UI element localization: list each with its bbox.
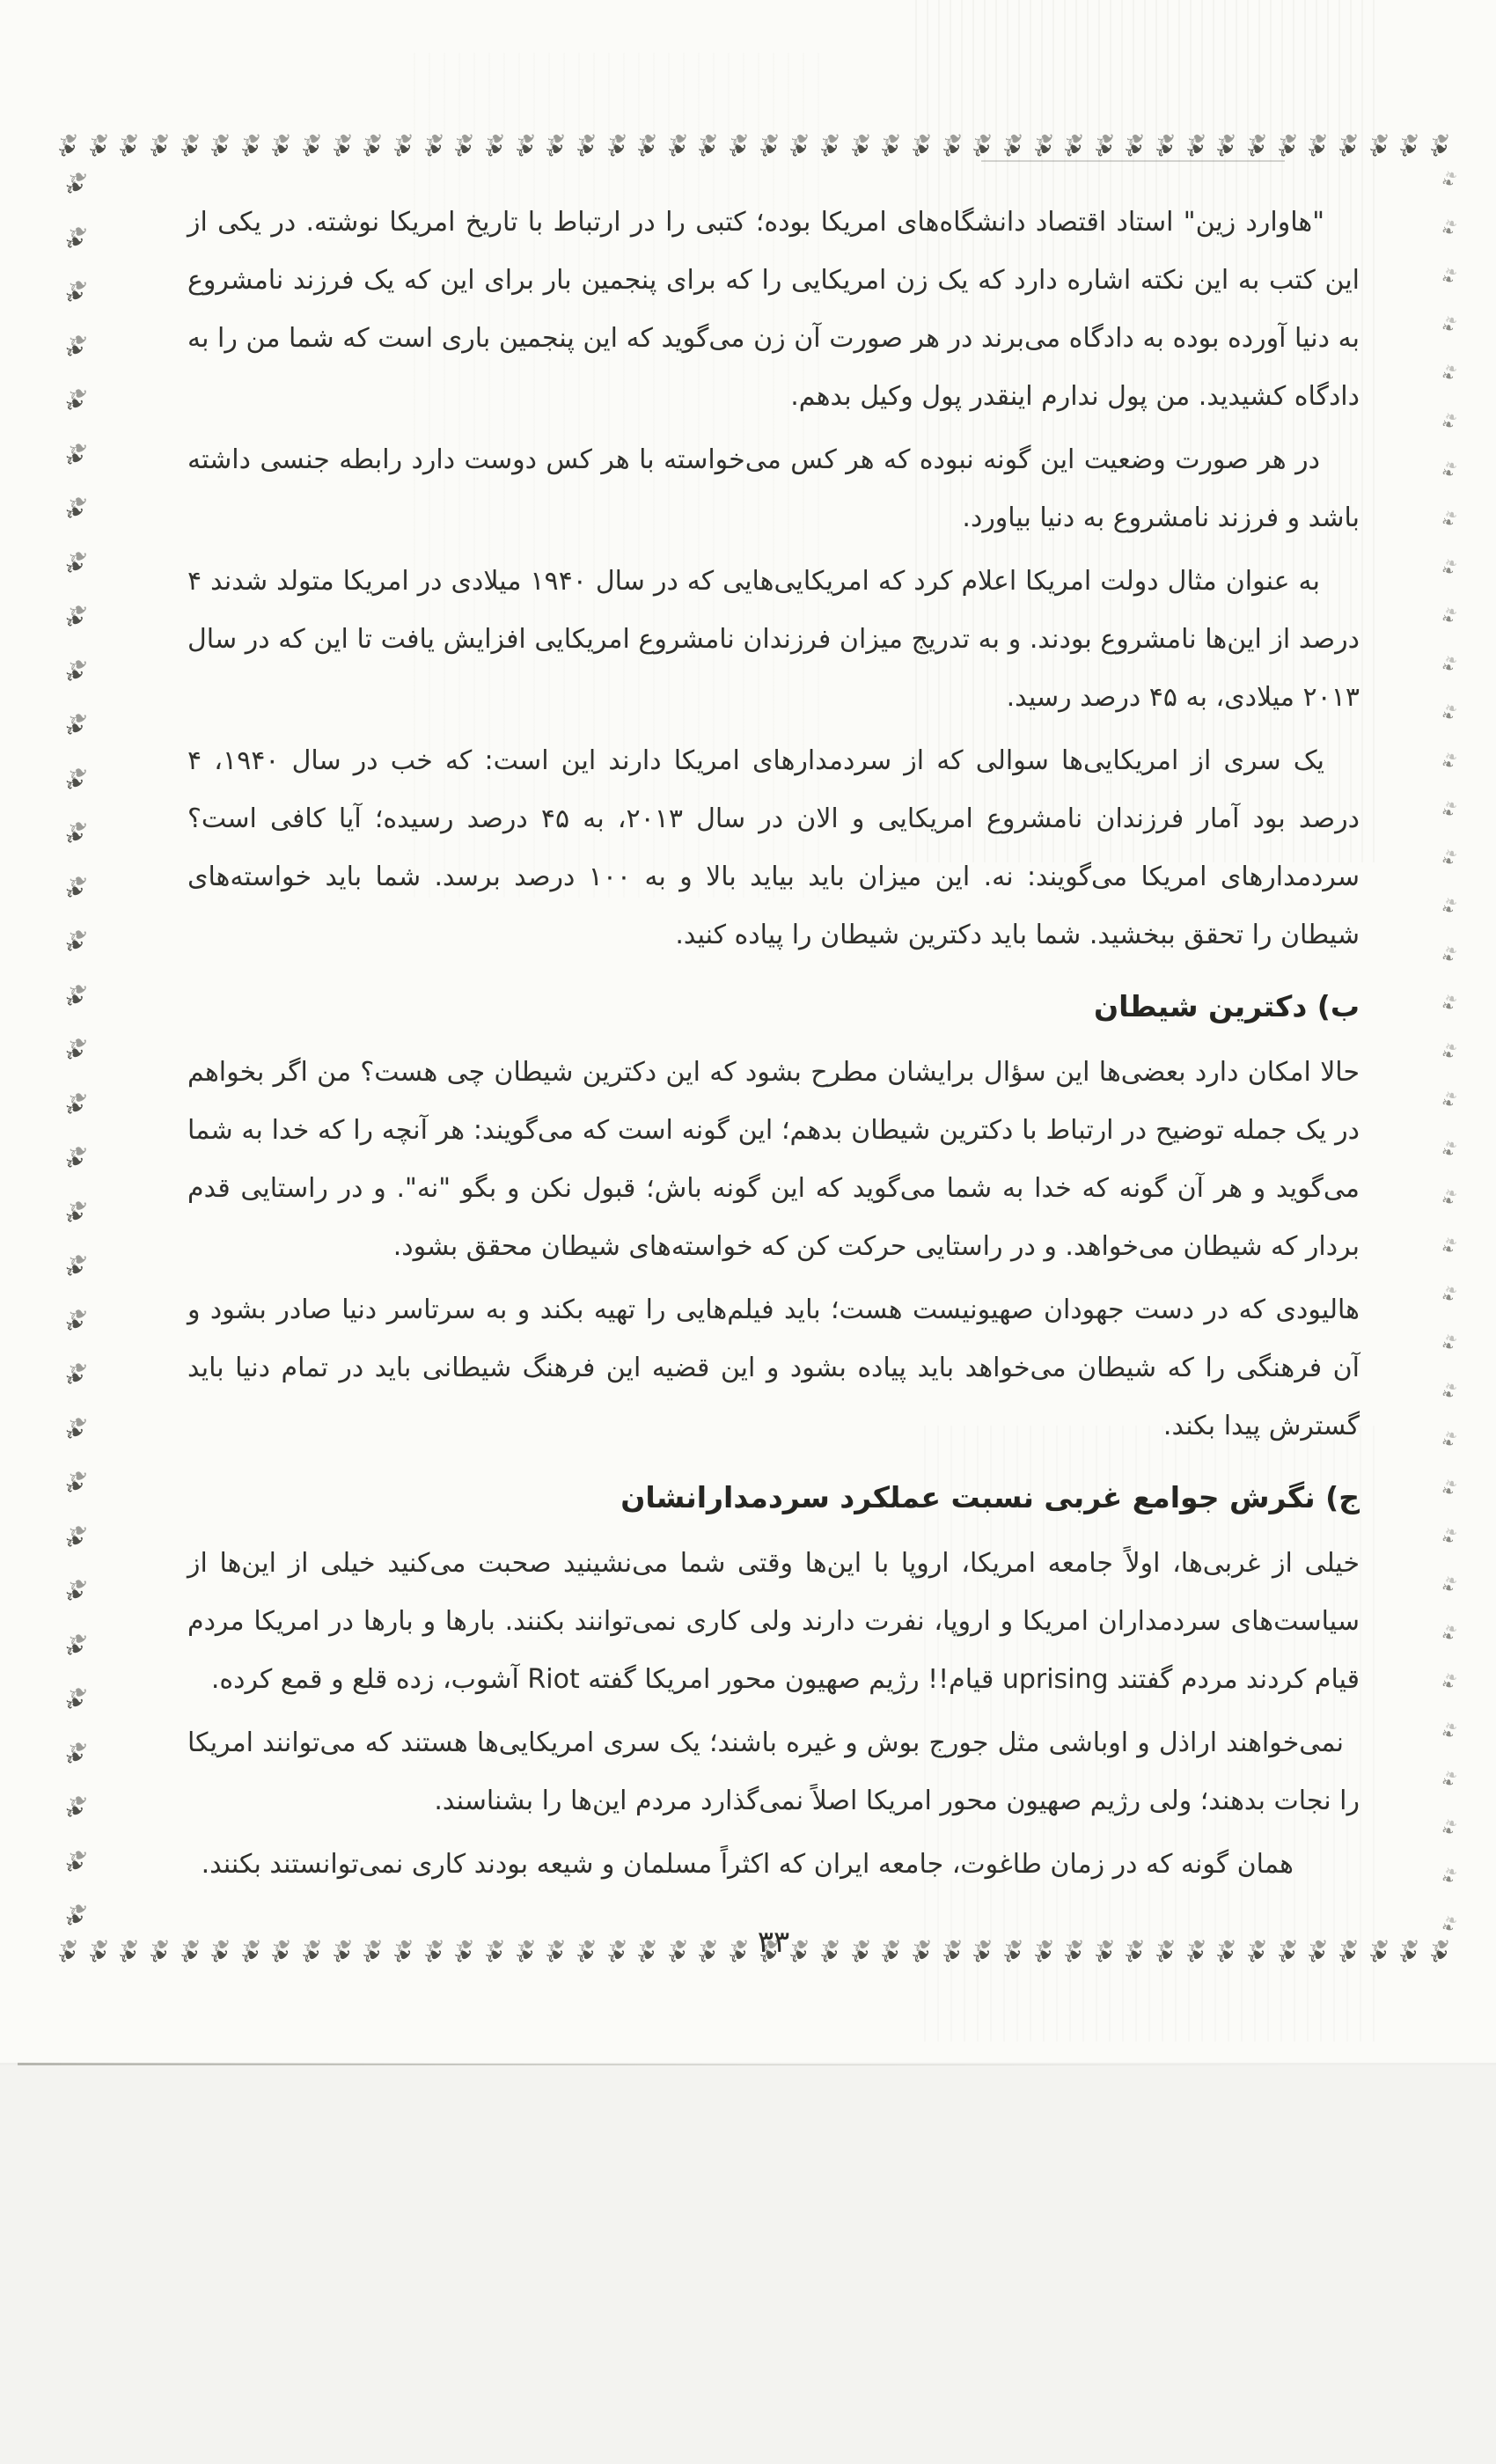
paragraph: در هر صورت وضعیت این گونه نبوده که هر کس…: [187, 431, 1360, 547]
leaf-ornament-icon: ❧: [61, 715, 88, 744]
leaf-ornament-icon: ❧: [61, 1905, 88, 1935]
leaf-ornament-icon: ❧: [61, 444, 88, 473]
leaf-ornament-icon: ❧: [1181, 134, 1211, 165]
leaf-ornament-icon: ❧: [1212, 134, 1242, 165]
leaf-ornament-icon: ❧: [450, 134, 480, 165]
leaf-ornament-icon: ❧: [61, 1851, 88, 1881]
leaf-ornament-icon: ❧: [388, 134, 418, 165]
paragraph: همان گونه که در زمان طاغوت، جامعه ایران …: [187, 1836, 1360, 1894]
leaf-ornament-icon: ❧: [906, 134, 936, 165]
leaf-ornament-icon: ❧: [1440, 757, 1455, 774]
leaf-ornament-icon: ❧: [1440, 272, 1455, 290]
leaf-ornament-icon: ❧: [1440, 369, 1455, 386]
leaf-ornament-icon: ❧: [61, 390, 88, 420]
leaf-ornament-icon: ❧: [1150, 134, 1180, 165]
ornament-border-right: ❧❧❧❧❧❧❧❧❧❧❧❧❧❧❧❧❧❧❧❧❧❧❧❧❧❧❧❧❧❧❧❧❧❧❧❧❧: [1433, 176, 1463, 1936]
leaf-ornament-icon: ❧: [1440, 1192, 1455, 1210]
leaf-ornament-icon: ❧: [1303, 134, 1333, 165]
paragraph: "هاوارد زین" استاد اقتصاد دانشگاه‌های ام…: [187, 194, 1360, 426]
leaf-ornament-icon: ❧: [1440, 950, 1455, 968]
leaf-ornament-icon: ❧: [1440, 1096, 1455, 1113]
leaf-ornament-icon: ❧: [998, 134, 1028, 165]
leaf-ornament-icon: ❧: [1440, 1435, 1455, 1453]
leaf-ornament-icon: ❧: [1440, 1580, 1455, 1598]
leaf-ornament-icon: ❧: [61, 1526, 88, 1556]
leaf-ornament-icon: ❧: [114, 1940, 144, 1970]
leaf-ornament-icon: ❧: [876, 134, 906, 165]
leaf-ornament-icon: ❧: [1060, 134, 1089, 165]
leaf-ornament-icon: ❧: [754, 134, 784, 165]
leaf-ornament-icon: ❧: [175, 134, 205, 165]
leaf-ornament-icon: ❧: [61, 876, 88, 906]
leaf-ornament-icon: ❧: [1395, 1940, 1425, 1970]
leaf-ornament-icon: ❧: [267, 134, 297, 165]
leaf-ornament-icon: ❧: [206, 134, 236, 165]
leaf-ornament-icon: ❧: [1242, 134, 1272, 165]
leaf-ornament-icon: ❧: [61, 227, 88, 257]
leaf-ornament-icon: ❧: [1440, 708, 1455, 726]
leaf-ornament-icon: ❧: [61, 931, 88, 961]
leaf-ornament-icon: ❧: [1120, 134, 1150, 165]
leaf-ornament-icon: ❧: [84, 1940, 114, 1970]
leaf-ornament-icon: ❧: [1440, 1871, 1455, 1888]
leaf-ornament-icon: ❧: [1440, 1290, 1455, 1308]
leaf-ornament-icon: ❧: [1440, 417, 1455, 435]
paragraph: یک سری از امریکایی‌ها سوالی که از سردمدا…: [187, 732, 1360, 964]
leaf-ornament-icon: ❧: [61, 1634, 88, 1664]
leaf-ornament-icon: ❧: [1364, 134, 1394, 165]
paragraph: هالیودی که در دست جهودان صهیونیست هست؛ ب…: [187, 1281, 1360, 1456]
leaf-ornament-icon: ❧: [61, 1256, 88, 1286]
leaf-ornament-icon: ❧: [61, 173, 88, 203]
leaf-ornament-icon: ❧: [236, 134, 266, 165]
leaf-ornament-icon: ❧: [1440, 1387, 1455, 1404]
leaf-ornament-icon: ❧: [1440, 1338, 1455, 1356]
leaf-ornament-icon: ❧: [53, 1940, 83, 1970]
leaf-ornament-icon: ❧: [1440, 805, 1455, 823]
leaf-ornament-icon: ❧: [61, 1472, 88, 1502]
ornament-border-top: ❧❧❧❧❧❧❧❧❧❧❧❧❧❧❧❧❧❧❧❧❧❧❧❧❧❧❧❧❧❧❧❧❧❧❧❧❧❧❧❧…: [58, 130, 1450, 169]
leaf-ornament-icon: ❧: [1364, 1940, 1394, 1970]
ornament-border-left: ❧❧❧❧❧❧❧❧❧❧❧❧❧❧❧❧❧❧❧❧❧❧❧❧❧❧❧❧❧❧❧❧❧: [55, 176, 95, 1932]
leaf-ornament-icon: ❧: [723, 134, 753, 165]
paragraph: نمی‌خواهند اراذل و اوباشی مثل جورج بوش و…: [187, 1714, 1360, 1830]
paragraph: حالا امکان دارد بعضی‌ها این سؤال برایشان…: [187, 1044, 1360, 1276]
leaf-ornament-icon: ❧: [1272, 134, 1302, 165]
leaf-ornament-icon: ❧: [663, 134, 693, 165]
leaf-ornament-icon: ❧: [1440, 1484, 1455, 1501]
leaf-ornament-icon: ❧: [61, 498, 88, 528]
leaf-ornament-icon: ❧: [327, 134, 357, 165]
leaf-ornament-icon: ❧: [1395, 134, 1425, 165]
leaf-ornament-icon: ❧: [61, 1039, 88, 1069]
leaf-ornament-icon: ❧: [541, 134, 571, 165]
leaf-ornament-icon: ❧: [61, 552, 88, 582]
leaf-ornament-icon: ❧: [1440, 1822, 1455, 1840]
leaf-ornament-icon: ❧: [84, 134, 114, 165]
leaf-ornament-icon: ❧: [61, 1418, 88, 1448]
leaf-ornament-icon: ❧: [1440, 514, 1455, 532]
leaf-ornament-icon: ❧: [1440, 1920, 1455, 1938]
leaf-ornament-icon: ❧: [1440, 854, 1455, 871]
leaf-ornament-icon: ❧: [480, 134, 510, 165]
leaf-ornament-icon: ❧: [1425, 134, 1455, 165]
leaf-ornament-icon: ❧: [297, 134, 327, 165]
leaf-ornament-icon: ❧: [61, 823, 88, 853]
leaf-ornament-icon: ❧: [968, 134, 998, 165]
leaf-ornament-icon: ❧: [1440, 320, 1455, 338]
leaf-ornament-icon: ❧: [1440, 466, 1455, 483]
leaf-ornament-icon: ❧: [1089, 134, 1119, 165]
leaf-ornament-icon: ❧: [1440, 1629, 1455, 1646]
leaf-ornament-icon: ❧: [61, 660, 88, 690]
paragraph: به عنوان مثال دولت امریکا اعلام کرد که ا…: [187, 553, 1360, 727]
leaf-ornament-icon: ❧: [1440, 659, 1455, 677]
leaf-ornament-icon: ❧: [61, 606, 88, 636]
leaf-ornament-icon: ❧: [61, 1201, 88, 1231]
leaf-ornament-icon: ❧: [1440, 902, 1455, 920]
leaf-ornament-icon: ❧: [61, 1797, 88, 1827]
paragraph: خیلی از غربی‌ها، اولاً جامعه امریکا، ارو…: [187, 1535, 1360, 1709]
leaf-ornament-icon: ❧: [1440, 1241, 1455, 1258]
leaf-ornament-icon: ❧: [1440, 1726, 1455, 1743]
leaf-ornament-icon: ❧: [1440, 562, 1455, 580]
leaf-ornament-icon: ❧: [419, 134, 449, 165]
leaf-ornament-icon: ❧: [815, 134, 845, 165]
leaf-ornament-icon: ❧: [1440, 1677, 1455, 1695]
leaf-ornament-icon: ❧: [61, 335, 88, 365]
leaf-ornament-icon: ❧: [510, 134, 540, 165]
leaf-ornament-icon: ❧: [61, 768, 88, 798]
leaf-ornament-icon: ❧: [633, 134, 663, 165]
leaf-ornament-icon: ❧: [693, 134, 723, 165]
leaf-ornament-icon: ❧: [144, 1940, 174, 1970]
leaf-ornament-icon: ❧: [114, 134, 144, 165]
leaf-ornament-icon: ❧: [1425, 1940, 1455, 1970]
section-heading-b: ب) دکترین شیطان: [187, 980, 1360, 1033]
text-block: "هاوارد زین" استاد اقتصاد دانشگاه‌های ام…: [187, 194, 1360, 1971]
section-heading-c: ج) نگرش جوامع غربی نسبت عملکرد سردمداران…: [187, 1471, 1360, 1524]
leaf-ornament-icon: ❧: [846, 134, 876, 165]
leaf-ornament-icon: ❧: [61, 1093, 88, 1123]
leaf-ornament-icon: ❧: [61, 1364, 88, 1394]
leaf-ornament-icon: ❧: [144, 134, 174, 165]
leaf-ornament-icon: ❧: [61, 1742, 88, 1772]
page-number: ۳۳: [187, 1913, 1360, 1971]
scanned-book-page: { "content": { "intro_paragraphs": [ {"t…: [0, 0, 1496, 2464]
leaf-ornament-icon: ❧: [1440, 224, 1455, 241]
leaf-ornament-icon: ❧: [785, 134, 815, 165]
leaf-ornament-icon: ❧: [1440, 999, 1455, 1016]
leaf-ornament-icon: ❧: [53, 134, 83, 165]
leaf-ornament-icon: ❧: [61, 1148, 88, 1177]
page-sheet: ❧❧❧❧❧❧❧❧❧❧❧❧❧❧❧❧❧❧❧❧❧❧❧❧❧❧❧❧❧❧❧❧❧❧❧❧❧❧❧❧…: [0, 0, 1496, 2063]
scanner-background: [0, 2065, 1496, 2464]
leaf-ornament-icon: ❧: [1440, 1144, 1455, 1162]
leaf-ornament-icon: ❧: [358, 134, 388, 165]
leaf-ornament-icon: ❧: [1440, 611, 1455, 628]
leaf-ornament-icon: ❧: [61, 282, 88, 312]
leaf-ornament-icon: ❧: [1440, 1047, 1455, 1065]
leaf-ornament-icon: ❧: [1440, 175, 1455, 193]
leaf-ornament-icon: ❧: [937, 134, 967, 165]
leaf-ornament-icon: ❧: [602, 134, 632, 165]
leaf-ornament-icon: ❧: [61, 1689, 88, 1719]
leaf-ornament-icon: ❧: [61, 1580, 88, 1610]
leaf-ornament-icon: ❧: [61, 985, 88, 1015]
leaf-ornament-icon: ❧: [1029, 134, 1059, 165]
leaf-ornament-icon: ❧: [1333, 134, 1363, 165]
leaf-ornament-icon: ❧: [571, 134, 601, 165]
leaf-ornament-icon: ❧: [61, 1309, 88, 1339]
leaf-ornament-icon: ❧: [1440, 1532, 1455, 1550]
leaf-ornament-icon: ❧: [1440, 1774, 1455, 1792]
